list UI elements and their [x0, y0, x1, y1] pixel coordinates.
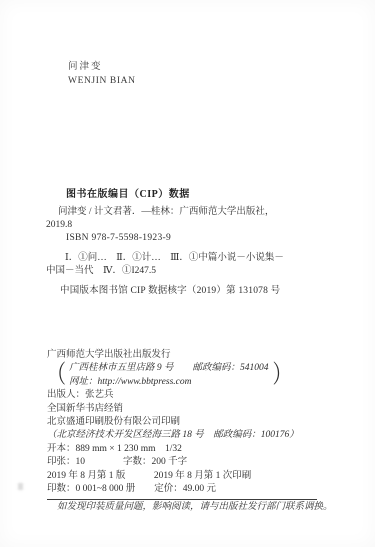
printer-line: 北京盛通印刷股份有限公司印刷 [47, 416, 333, 429]
big-paren-open: （ [47, 359, 66, 393]
publisher-address-line: 广西桂林市五里店路 9 号 邮政编码：541004 [69, 362, 269, 375]
notice-line: 如发现印装质量问题，影响阅读，请与出版社发行部门联系调换。 [47, 501, 333, 514]
cip-classification-block: Ⅰ．①问… Ⅱ．①计… Ⅲ．①中篇小说－小说集－ 中国－当代 Ⅳ．①I247.5 [46, 252, 284, 278]
book-title-en: WENJIN BIAN [68, 76, 136, 86]
cip-registry-line: 中国版本图书馆 CIP 数据核字（2019）第 131078 号 [60, 282, 280, 296]
book-title-cn: 问津变 [68, 61, 136, 74]
sheets-words-line: 印张：10 字数：200 千字 [47, 456, 333, 469]
format-line: 开本：889 mm × 1 230 mm 1/32 [47, 443, 333, 456]
cip-record-line-2: 2019.8 [46, 219, 274, 232]
scan-artifact [18, 483, 23, 490]
edition-line: 2019 年 8 月第 1 版 2019 年 8 月第 1 次印刷 [47, 470, 333, 483]
publisher-website-line: 网址：http://www.bbtpress.com [69, 376, 269, 389]
distribution-line: 全国新华书店经销 [47, 403, 333, 416]
printer-address-line: （北京经济技术开发区经海三路 18 号 邮政编码：100176） [47, 429, 333, 442]
cip-record-line-1: 问津变 / 计文君著．—桂林：广西师范大学出版社， [46, 206, 274, 219]
publisher-address-lines: 广西桂林市五里店路 9 号 邮政编码：541004 网址：http://www.… [69, 362, 269, 389]
publisher-address-group: （ 广西桂林市五里店路 9 号 邮政编码：541004 网址：http://ww… [47, 362, 333, 389]
book-copyright-page: 问津变 WENJIN BIAN 图书在版编目（CIP）数据 问津变 / 计文君著… [0, 0, 375, 547]
print-run-price-line: 印数：0 001~8 000 册 定价：49.00 元 [47, 483, 333, 496]
title-block: 问津变 WENJIN BIAN [68, 61, 136, 86]
cip-isbn-line: ISBN 978-7-5598-1923-9 [46, 232, 274, 245]
cip-record-block: 问津变 / 计文君著．—桂林：广西师范大学出版社， 2019.8 ISBN 97… [46, 206, 274, 246]
cip-header: 图书在版编目（CIP）数据 [66, 185, 190, 200]
colophon-block: 广西师范大学出版社出版发行 （ 广西桂林市五里店路 9 号 邮政编码：54100… [47, 349, 333, 515]
cip-class-line-2: 中国－当代 Ⅳ．①I247.5 [46, 265, 284, 278]
cip-class-line-1: Ⅰ．①问… Ⅱ．①计… Ⅲ．①中篇小说－小说集－ [46, 252, 284, 265]
big-paren-close: ） [273, 359, 292, 393]
notice-divider [47, 499, 317, 500]
